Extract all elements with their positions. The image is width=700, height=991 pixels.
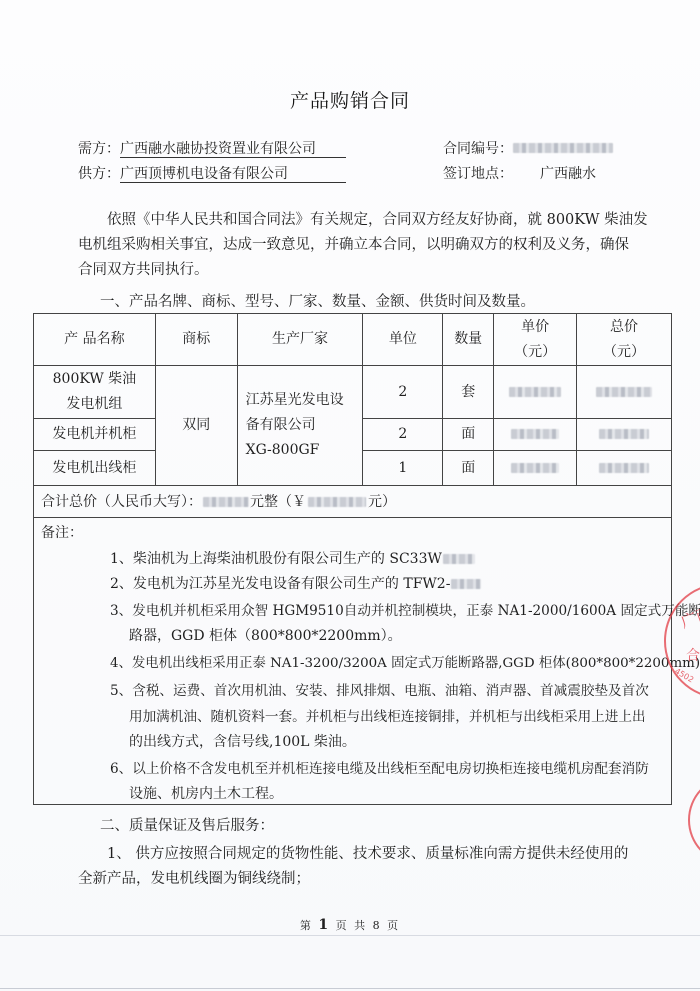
sign-place-label: 签订地点： xyxy=(443,163,513,183)
row-3-total-price-redacted xyxy=(599,463,649,473)
row-2-unit-price xyxy=(494,419,577,451)
note-5-line3: 的出线方式，含信号线,100L 柴油。 xyxy=(129,731,356,751)
footer-prefix: 第 xyxy=(300,919,313,932)
section-1-heading: 一、产品名牌、商标、型号、厂家、数量、金额、供货时间及数量。 xyxy=(100,290,535,315)
row-2-total-price xyxy=(577,419,672,451)
row-1-unit-price-redacted xyxy=(509,387,561,397)
row-1-total-price-redacted xyxy=(596,387,652,397)
note-1: 1、柴油机为上海柴油机股份有限公司生产的 SC33W xyxy=(110,548,475,568)
total-row: 合计总价（人民币大写）：元整（￥元） xyxy=(33,485,672,518)
row-1-unit-price xyxy=(494,366,577,419)
total-text: 合计总价（人民币大写）：元整（￥元） xyxy=(41,491,396,511)
header-total-price-line2: （元） xyxy=(577,340,671,365)
total-words-redacted xyxy=(203,497,249,507)
total-digits-redacted xyxy=(308,497,366,507)
manufacturer-line2: 备有限公司 xyxy=(246,413,363,438)
total-words-suffix: 元整（￥ xyxy=(250,494,306,510)
note-3-line1: 3、发电机并机柜采用众智 HGM9510自动并机控制模块，正泰 NA1-2000… xyxy=(110,599,700,619)
section-2-line-1: 1、 供方应按照合同规定的货物性能、技术要求、质量标准向需方提供未经使用的 xyxy=(107,842,628,867)
section-2-heading: 二、质量保证及售后服务： xyxy=(100,814,274,839)
seal-1-text: 广西 xyxy=(677,600,700,633)
note-1-redacted xyxy=(443,554,475,564)
row-1-product-name: 800KW 柴油 发电机组 xyxy=(34,366,156,419)
manufacturer-cell: 江苏星光发电设 备有限公司 XG-800GF xyxy=(237,366,363,486)
row-2-quantity: 面 xyxy=(443,419,494,451)
intro-line-2: 电机组采购相关事宜，达成一致意见，并确立本合同，以明确双方的权利及义务，确保 xyxy=(78,233,629,258)
header-total-price-line1: 总价 xyxy=(577,315,671,340)
notes-label: 备注： xyxy=(41,522,83,542)
footer-scan-line xyxy=(0,935,700,936)
row-1-name-line2: 发电机组 xyxy=(34,392,155,417)
header-unit-price: 单价 （元） xyxy=(494,314,577,366)
table-header-row: 产 品名称 商标 生产厂家 单位 数量 单价 （元） 总价 （元） xyxy=(34,314,672,366)
header-manufacturer: 生产厂家 xyxy=(237,314,363,366)
contract-no-label: 合同编号： xyxy=(443,138,513,158)
buyer-underline: 广西融水融协投资置业有限公司 xyxy=(120,138,346,158)
brand-cell: 双同 xyxy=(155,366,237,486)
section-2-line-2: 全新产品，发电机线圈为铜线绕制； xyxy=(78,867,310,892)
document-title: 产品购销合同 xyxy=(0,86,700,113)
seller-value: 广西顶博机电设备有限公司 xyxy=(120,166,288,182)
header-unit-price-line1: 单价 xyxy=(494,315,576,340)
seal-1-char: 合 xyxy=(686,645,700,665)
manufacturer-line1: 江苏星光发电设 xyxy=(246,388,363,413)
table-row: 800KW 柴油 发电机组 双同 江苏星光发电设 备有限公司 XG-800GF … xyxy=(34,366,672,419)
footer-page-number: 1 xyxy=(318,917,330,933)
total-digits-suffix: 元） xyxy=(368,494,396,510)
row-2-total-price-redacted xyxy=(599,429,649,439)
row-3-unit-price-redacted xyxy=(511,463,559,473)
manufacturer-line3: XG-800GF xyxy=(246,438,363,463)
row-2-product-name: 发电机并机柜 xyxy=(34,419,156,451)
company-seal-2 xyxy=(688,775,700,865)
row-1-quantity: 套 xyxy=(443,366,494,419)
row-3-quantity: 面 xyxy=(443,451,494,486)
footer-total-pages: 8 xyxy=(373,919,382,932)
note-4: 4、发电机出线柜采用正泰 NA1-3200/3200A 固定式万能断路器,GGD… xyxy=(110,652,700,671)
row-2-unit: 2 xyxy=(363,419,443,451)
note-1-text: 1、柴油机为上海柴油机股份有限公司生产的 SC33W xyxy=(110,551,442,567)
row-1-total-price xyxy=(577,366,672,419)
header-brand: 商标 xyxy=(155,314,237,366)
seller-label: 供方： xyxy=(78,163,120,183)
row-3-unit: 1 xyxy=(363,451,443,486)
intro-line-3: 合同双方共同执行。 xyxy=(78,258,209,283)
footer-middle: 页 共 xyxy=(336,919,368,932)
row-2-unit-price-redacted xyxy=(511,429,559,439)
note-2-text: 2、发电机为江苏星光发电设备有限公司生产的 TFW2- xyxy=(110,576,450,592)
row-3-total-price xyxy=(577,451,672,486)
intro-line-1: 依照《中华人民共和国合同法》有关规定，合同双方经友好协商，就 800KW 柴油发 xyxy=(107,208,648,233)
page-footer: 第 1 页 共 8 页 xyxy=(0,917,700,933)
header-total-price: 总价 （元） xyxy=(577,314,672,366)
header-unit-price-line2: （元） xyxy=(494,340,576,365)
footer-suffix: 页 xyxy=(387,919,400,932)
note-3-line2: 路器，GGD 柜体（800*800*2200mm）。 xyxy=(129,625,402,645)
note-2: 2、发电机为江苏星光发电设备有限公司生产的 TFW2- xyxy=(110,573,481,593)
contract-no-redacted xyxy=(513,143,613,153)
header-product-name: 产 品名称 xyxy=(34,314,156,366)
seller-underline: 广西顶博机电设备有限公司 xyxy=(120,163,346,183)
page-bottom-edge xyxy=(0,988,700,989)
note-2-redacted xyxy=(451,579,481,589)
goods-table: 产 品名称 商标 生产厂家 单位 数量 单价 （元） 总价 （元） 800KW … xyxy=(33,313,672,486)
sign-place-value: 广西融水 xyxy=(540,163,596,183)
contract-page: 产品购销合同 需方： 广西融水融协投资置业有限公司 供方： 广西顶博机电设备有限… xyxy=(0,0,700,991)
note-6-line1: 6、以上价格不含发电机至并机柜连接电缆及出线柜至配电房切换柜连接电缆机房配套消防 xyxy=(110,757,649,777)
row-3-product-name: 发电机出线柜 xyxy=(34,451,156,486)
buyer-value: 广西融水融协投资置业有限公司 xyxy=(120,141,316,157)
buyer-label: 需方： xyxy=(78,138,120,158)
note-5-line1: 5、含税、运费、首次用机油、安装、排风排烟、电瓶、油箱、消声器、首减震胶垫及首次 xyxy=(110,679,649,699)
note-5-line2: 用加满机油、随机资料一套。并机柜与出线柜连接铜排，并机柜与出线柜采用上进上出 xyxy=(129,705,646,725)
row-3-unit-price xyxy=(494,451,577,486)
row-1-unit: 2 xyxy=(363,366,443,419)
row-1-name-line1: 800KW 柴油 xyxy=(34,367,155,392)
header-unit: 单位 xyxy=(363,314,443,366)
note-6-line2: 设施、机房内土木工程。 xyxy=(129,783,283,803)
total-label: 合计总价（人民币大写）： xyxy=(41,494,202,510)
header-quantity: 数量 xyxy=(443,314,494,366)
seal-1-code: 4502 xyxy=(673,667,695,685)
